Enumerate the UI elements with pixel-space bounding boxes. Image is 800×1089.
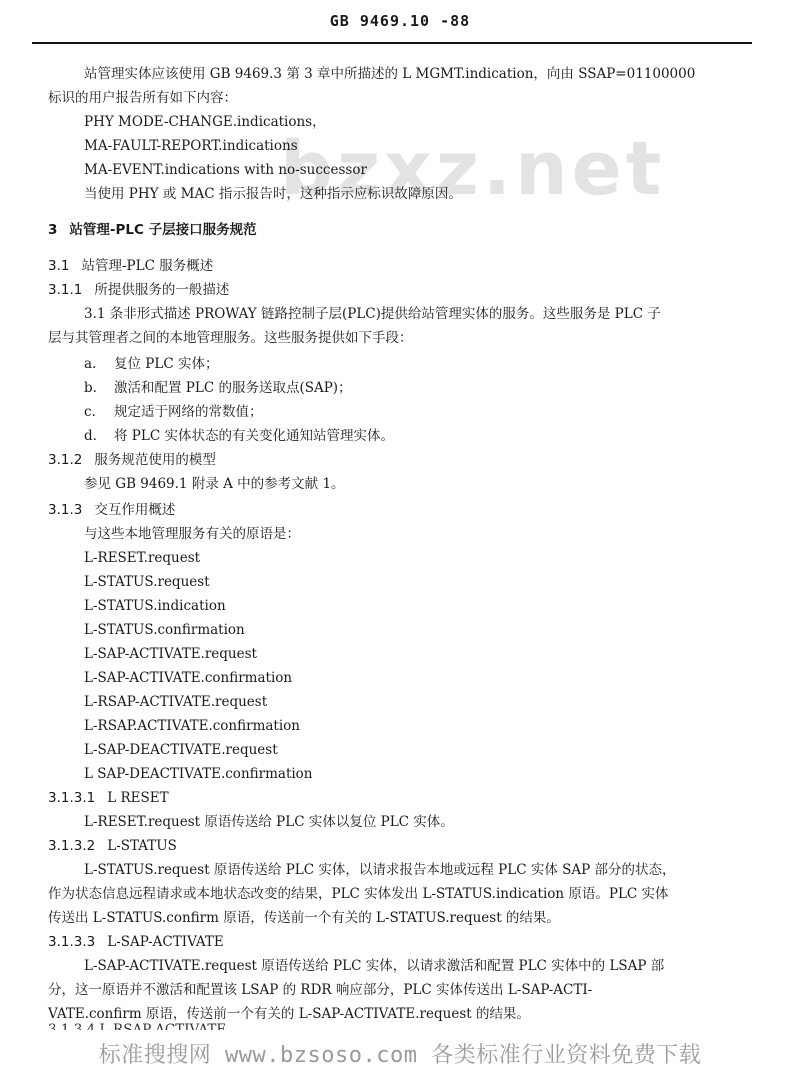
intro-note: 当使用 PHY 或 MAC 指示报告时，这种指示应标识故障原因。 — [84, 186, 462, 202]
section-number: 3 — [48, 222, 57, 238]
primitive-item: L-STATUS.confirmation — [84, 622, 245, 638]
primitive-item: L-RESET.request — [84, 550, 200, 566]
paragraph-line: L-STATUS.request 原语传送给 PLC 实体，以请求报告本地或远程… — [84, 862, 676, 878]
indication-item: MA-EVENT.indications with no-successor — [84, 162, 367, 178]
indication-item: MA-FAULT-REPORT.indications — [84, 138, 298, 154]
paragraph-line: L-RESET.request 原语传送给 PLC 实体以复位 PLC 实体。 — [84, 814, 454, 830]
primitive-item: L-STATUS.request — [84, 574, 210, 590]
section-number: 3.1.3.1 — [48, 790, 95, 806]
list-text: 将 PLC 实体状态的有关变化通知站管理实体。 — [114, 428, 394, 444]
primitive-item: L-RSAP.ACTIVATE.confirmation — [84, 718, 300, 734]
list-item: a.复位 PLC 实体； — [84, 356, 218, 372]
primitive-item: L-SAP-ACTIVATE.request — [84, 646, 257, 662]
section-title: 站管理-PLC 子层接口服务规范 — [69, 222, 256, 238]
section-3-1-heading: 3.1站管理-PLC 服务概述 — [48, 258, 213, 274]
section-title: L RESET — [107, 790, 168, 806]
section-number: 3.1.3.2 — [48, 838, 95, 854]
primitive-item: L-RSAP-ACTIVATE.request — [84, 694, 267, 710]
footer-watermark: 标准搜搜网 www.bzsoso.com 各类标准行业资料免费下载 — [0, 1038, 800, 1069]
section-title: L-STATUS — [107, 838, 177, 854]
primitive-item: L SAP-DEACTIVATE.confirmation — [84, 766, 313, 782]
paragraph-line: 传送出 L-STATUS.confirm 原语，传送前一个有关的 L-STATU… — [48, 910, 560, 926]
list-marker: a. — [84, 356, 114, 372]
primitive-item: L-SAP-ACTIVATE.confirmation — [84, 670, 292, 686]
section-3-1-3-heading: 3.1.3交互作用概述 — [48, 502, 175, 518]
section-title: L-SAP-ACTIVATE — [107, 934, 224, 950]
paragraph-line: 分，这一原语并不激活和配置该 LSAP 的 RDR 响应部分，PLC 实体传送出… — [48, 982, 592, 998]
section-title: 所提供服务的一般描述 — [94, 282, 229, 298]
paragraph-line: 3.1 条非形式描述 PROWAY 链路控制子层(PLC)提供给站管理实体的服务… — [84, 306, 661, 322]
primitive-item: L-STATUS.indication — [84, 598, 226, 614]
paragraph-line: 参见 GB 9469.1 附录 A 中的参考文献 1。 — [84, 476, 345, 492]
paragraph-line: L-SAP-ACTIVATE.request 原语传送给 PLC 实体，以请求激… — [84, 958, 664, 974]
section-3-1-1-heading: 3.1.1所提供服务的一般描述 — [48, 282, 229, 298]
list-marker: b. — [84, 380, 114, 396]
section-3-heading: 3站管理-PLC 子层接口服务规范 — [48, 222, 257, 238]
section-title: 服务规范使用的模型 — [94, 452, 216, 468]
section-3-1-3-1-heading: 3.1.3.1L RESET — [48, 790, 169, 806]
header-rule — [32, 42, 752, 44]
list-text: 规定适于网络的常数值； — [114, 404, 263, 420]
section-3-1-3-2-heading: 3.1.3.2L-STATUS — [48, 838, 177, 854]
section-3-1-3-4-heading-cutoff: 3.1.3.4 L-RSAP-ACTIVATE — [48, 1022, 226, 1030]
section-number: 3.1.3.3 — [48, 934, 95, 950]
section-number: 3.1.2 — [48, 452, 82, 468]
section-number: 3.1.3 — [48, 502, 82, 518]
intro-line-1: 站管理实体应该使用 GB 9469.3 第 3 章中所描述的 L MGMT.in… — [84, 66, 695, 82]
primitive-item: L-SAP-DEACTIVATE.request — [84, 742, 278, 758]
section-3-1-3-3-heading: 3.1.3.3L-SAP-ACTIVATE — [48, 934, 224, 950]
standard-number-header: GB 9469.10 -88 — [0, 12, 800, 30]
list-text: 激活和配置 PLC 的服务送取点(SAP)； — [114, 380, 352, 396]
section-title: 站管理-PLC 服务概述 — [81, 258, 213, 274]
paragraph-line: VATE.confirm 原语，传送前一个有关的 L-SAP-ACTIVATE.… — [48, 1006, 530, 1022]
paragraph-line: 作为状态信息远程请求或本地状态改变的结果，PLC 实体发出 L-STATUS.i… — [48, 886, 669, 902]
intro-line-2: 标识的用户报告所有如下内容： — [48, 90, 237, 106]
section-number: 3.1.1 — [48, 282, 82, 298]
list-item: c.规定适于网络的常数值； — [84, 404, 263, 420]
list-marker: d. — [84, 428, 114, 444]
list-item: b.激活和配置 PLC 的服务送取点(SAP)； — [84, 380, 352, 396]
indication-item: PHY MODE-CHANGE.indications， — [84, 114, 326, 130]
list-text: 复位 PLC 实体； — [114, 356, 218, 372]
paragraph-line: 层与其管理者之间的本地管理服务。这些服务提供如下手段： — [48, 330, 413, 346]
paragraph-line: 与这些本地管理服务有关的原语是： — [84, 526, 300, 542]
section-3-1-2-heading: 3.1.2服务规范使用的模型 — [48, 452, 216, 468]
list-item: d.将 PLC 实体状态的有关变化通知站管理实体。 — [84, 428, 394, 444]
section-number: 3.1 — [48, 258, 69, 274]
section-title: 交互作用概述 — [94, 502, 175, 518]
list-marker: c. — [84, 404, 114, 420]
